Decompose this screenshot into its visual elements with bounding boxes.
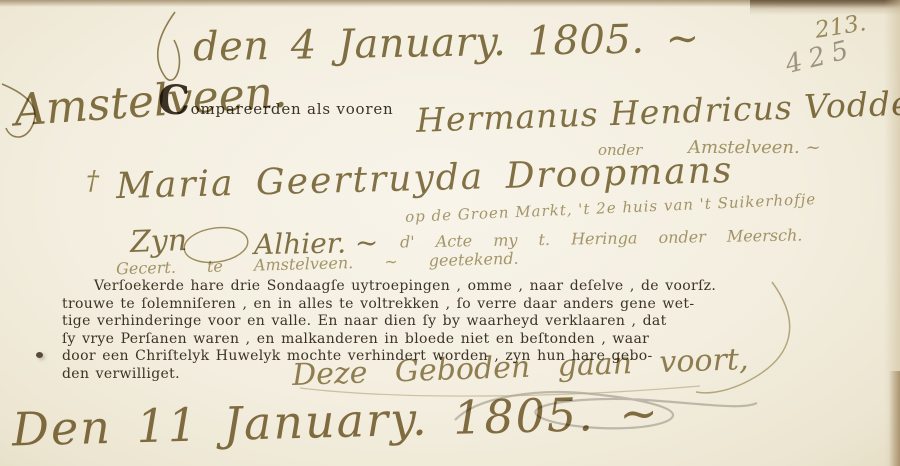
cross-mark: † <box>86 166 99 196</box>
page-corner-edge <box>750 0 900 15</box>
manuscript-page: 213. 425 den 4 January. 1805. ~ Amstelve… <box>0 0 900 466</box>
flourish-top-date <box>158 12 180 80</box>
paragraph-line: tige verhinderinge voor en valle. En naa… <box>62 313 742 331</box>
paragraph-line: Verſoekerde hare drie Sondaagſe uytroepi… <box>62 278 742 296</box>
ink-blot <box>36 352 43 358</box>
registrar-note: d' Acte my t. Heringa onder Meersch. <box>400 225 803 251</box>
printed-formula-intro: Compareerden als vooren <box>158 100 394 118</box>
page-bottom-right-edge <box>889 371 900 466</box>
paragraph-line: trouwe te ſolemniſeren , en in alles te … <box>62 296 742 314</box>
page-number-pencil: 425 <box>783 34 859 80</box>
entry-date-jan4: den 4 January. 1805. ~ <box>193 16 700 71</box>
couple-residence-word: Zyn <box>129 223 187 260</box>
entry-date-jan11: Den 11 January. 1805. ~ <box>11 386 660 457</box>
groom-name: Hermanus Hendricus Vodde. <box>415 83 900 140</box>
